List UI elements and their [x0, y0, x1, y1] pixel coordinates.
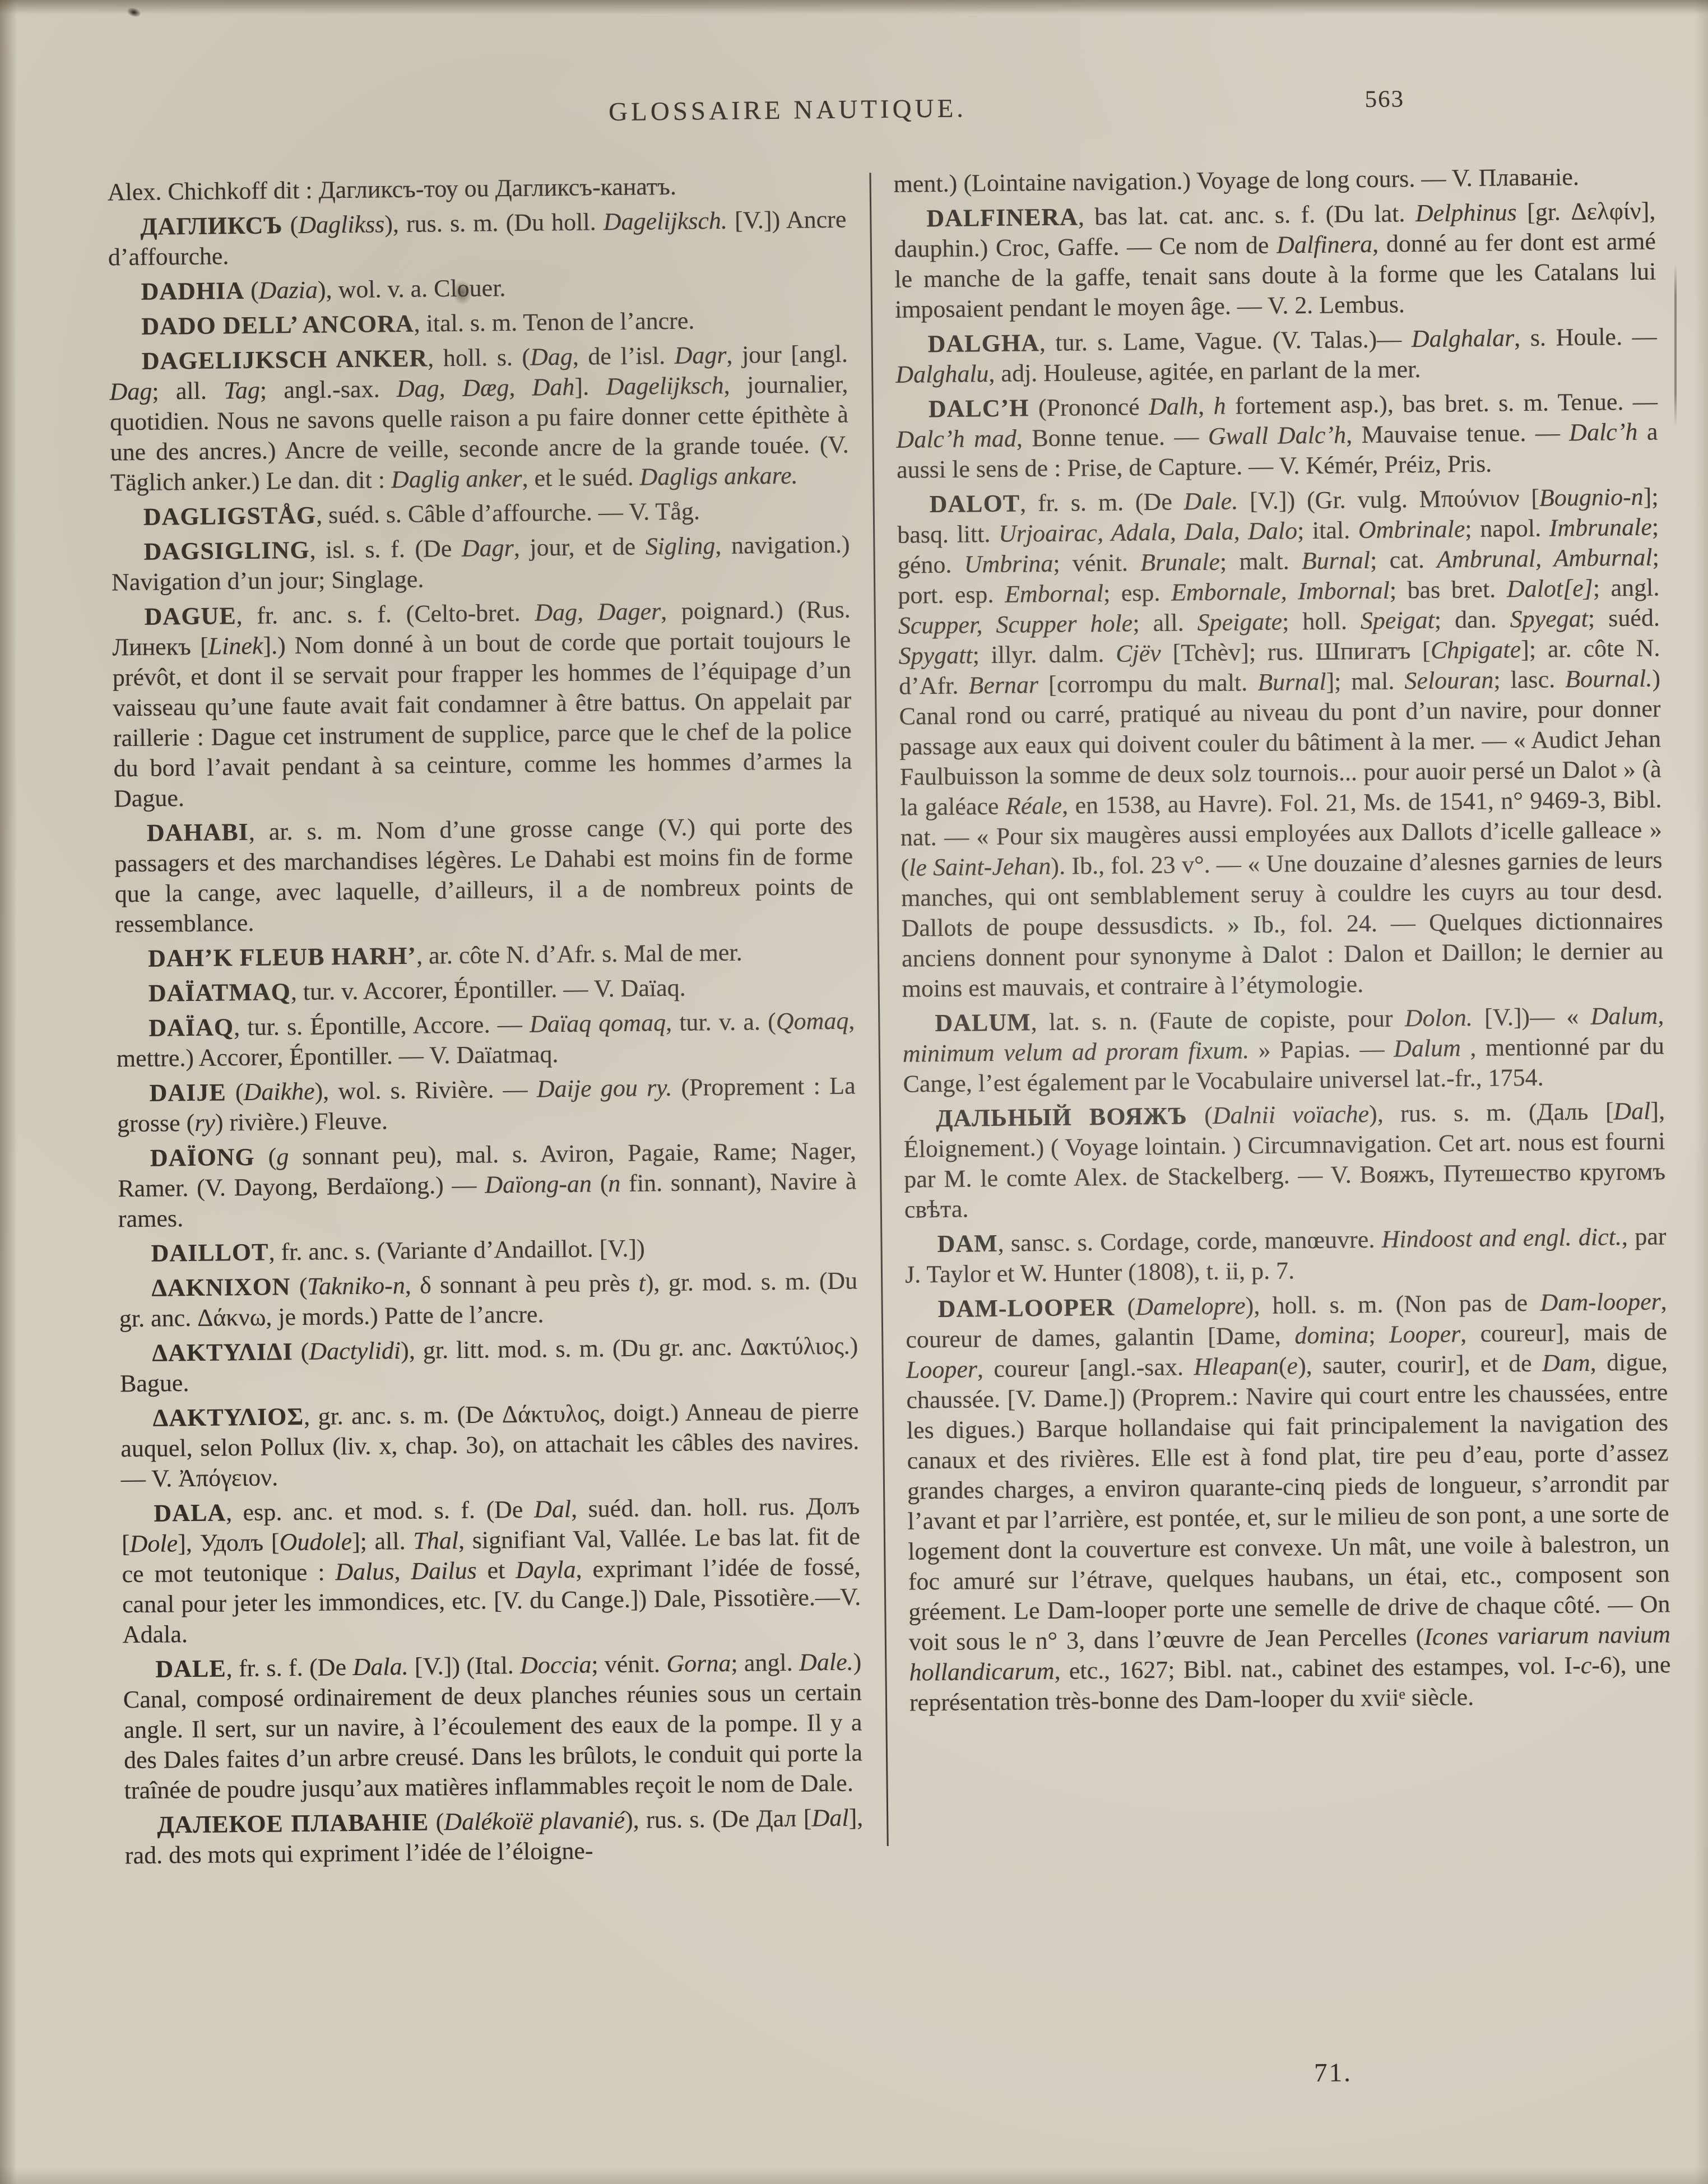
foreign-term: c [1580, 1652, 1591, 1679]
foreign-term: Ambrunal, Amburnal [1437, 544, 1653, 573]
entry-headword: DAM [937, 1230, 998, 1258]
foreign-term: Dalghalu [895, 360, 989, 388]
ink-dot-artifact [126, 6, 142, 18]
foreign-term: Dag [530, 343, 573, 371]
foreign-term: Spyegat [1510, 605, 1588, 633]
foreign-term: Dag [109, 378, 152, 406]
entry-headword: DAÏONG [150, 1143, 255, 1172]
foreign-term: Burnal [1302, 546, 1371, 574]
foreign-term: domina [1294, 1321, 1369, 1349]
running-title: GLOSSAIRE NAUTIQUE. [609, 93, 967, 127]
foreign-term: Sigling [645, 532, 715, 560]
foreign-term: Dam-looper [1540, 1288, 1661, 1316]
foreign-term: Hleapan [1194, 1352, 1279, 1381]
foreign-term: Oudole [279, 1528, 352, 1556]
scanned-book-page: GLOSSAIRE NAUTIQUE. 563 Alex. Chichkoff … [0, 0, 1708, 2184]
entry-headword: DALFINERA [926, 203, 1078, 232]
foreign-term: Dam [1542, 1349, 1590, 1377]
foreign-term: Burnal [1257, 668, 1326, 696]
entry-headword: DADO DELL’ ANCORA [141, 310, 414, 340]
entry-paragraph: DAM, sansc. s. Cordage, corde, manœuvre.… [904, 1221, 1667, 1290]
entry-headword: ΔΑΚΝΙΧΟΝ [151, 1273, 291, 1302]
foreign-term: Cjëv [1116, 639, 1161, 667]
page-content: GLOSSAIRE NAUTIQUE. 563 Alex. Chichkoff … [106, 86, 1673, 1871]
entry-paragraph: DAGLIGSTÅG, suéd. s. Câble d’affourche. … [111, 495, 850, 533]
foreign-term: Dal [1613, 1097, 1651, 1125]
foreign-term: Speigate [1197, 608, 1282, 637]
entry-paragraph: DAM-LOOPER (Damelopre), holl. s. m. (Non… [905, 1286, 1671, 1718]
foreign-term: Dagligs ankare. [639, 462, 797, 491]
page-crease-mark [1674, 263, 1677, 426]
foreign-term: Chpigate [1431, 636, 1521, 664]
entry-headword: DALUM [935, 1008, 1031, 1037]
foreign-term: e [1287, 1352, 1298, 1379]
entry-paragraph: DAÏAQ, tur. s. Épontille, Accore. — Daïa… [116, 1006, 855, 1074]
foreign-term: n [608, 1170, 621, 1197]
entry-paragraph: DAILLOT, fr. anc. s. (Variante d’Andaill… [118, 1231, 857, 1269]
foreign-term: Daije gou ry. [537, 1074, 672, 1103]
foreign-term: Dactylidi [309, 1337, 401, 1365]
entry-headword: DAILLOT [151, 1239, 268, 1267]
entry-headword: DALGHA [927, 329, 1039, 358]
column-left: Alex. Chichkoff dit : Дагликсъ-тоу ou Да… [107, 170, 864, 1871]
column-right: ment.) (Lointaine navigation.) Voyage de… [893, 161, 1673, 1863]
entry-paragraph: DALE, fr. s. f. (De Dala. [V.]) (Ital. D… [123, 1647, 863, 1806]
foreign-term: Dale. [1183, 487, 1238, 515]
entry-paragraph: ΔΑΚΤΥΛΙΟΣ, gr. anc. s. m. (De Δάκτυλος, … [120, 1396, 860, 1495]
foreign-term: Looper [906, 1355, 978, 1383]
entry-paragraph: ДАГЛИКСЪ (Daglikss), rus. s. m. (Du holl… [108, 205, 847, 273]
foreign-term: Dalnii voïache [1212, 1100, 1369, 1129]
entry-headword: DAGLIGSTÅG [143, 502, 317, 531]
signature-mark: 71. [1314, 2057, 1352, 2088]
foreign-term: Dal [811, 1804, 849, 1832]
foreign-term: Dalc’h mad [896, 424, 1017, 453]
foreign-term: Dagr [674, 341, 726, 369]
foreign-term: Dazia [258, 276, 318, 304]
entry-headword: ДАЛЕКОЕ ПЛАВАНІЕ [157, 1809, 429, 1839]
entry-headword: DAÏAQ [148, 1013, 234, 1042]
foreign-term: Tag [224, 377, 260, 405]
entry-headword: DALOT [929, 489, 1020, 518]
foreign-term: Dayla [516, 1556, 576, 1584]
entry-paragraph: DAIJE (Daikhe), wol. s. Rivière. — Daije… [117, 1071, 856, 1139]
entry-headword: DADHIA [141, 277, 244, 305]
page-header: GLOSSAIRE NAUTIQUE. 563 [106, 86, 1655, 151]
entry-paragraph: DADHIA (Dazia), wol. v. a. Clouer. [108, 270, 847, 308]
entry-paragraph: DAH’K FLEUB HARH’, ar. côte N. d’Afr. s.… [115, 936, 854, 975]
foreign-term: Gorna [666, 1649, 731, 1677]
foreign-term: Dailus [411, 1557, 477, 1585]
foreign-term: Dalus [335, 1557, 394, 1585]
foreign-term: Linek [208, 632, 263, 660]
entry-headword: DAGUE [144, 602, 236, 630]
foreign-term: Embornale, Imbornal [1171, 577, 1390, 606]
foreign-term: Qomaq [776, 1007, 848, 1035]
foreign-term: Icones variarum navium hollandicarum [909, 1620, 1670, 1686]
foreign-term: Spygatt [898, 641, 972, 669]
entry-paragraph: DALFINERA, bas lat. cat. anc. s. f. (Du … [894, 196, 1656, 325]
foreign-term: Thal [413, 1527, 458, 1555]
foreign-term: Dalc’h [1569, 418, 1638, 446]
foreign-term: Dalh [1149, 392, 1199, 420]
entry-paragraph: ΔΑΚΝΙΧΟΝ (Takniko-n, δ sonnant à peu prè… [119, 1266, 858, 1334]
foreign-term: Imbrunale [1549, 513, 1652, 542]
entry-paragraph: DAÏONG (g sonnant peu), mal. s. Aviron, … [118, 1136, 857, 1235]
entry-paragraph: DALUM, lat. s. n. (Faute de copiste, pou… [902, 1000, 1665, 1099]
foreign-term: Doccia [520, 1651, 592, 1679]
foreign-term: Dagr [462, 534, 514, 562]
entry-headword: DALA [154, 1499, 226, 1527]
foreign-term: Brunale [1140, 548, 1220, 576]
foreign-term: Dole [129, 1529, 178, 1557]
foreign-term: Daikhe [243, 1078, 315, 1106]
foreign-term: Ombrinale [1358, 515, 1465, 544]
entry-headword: DAH’K FLEUB HARH’ [148, 942, 416, 972]
foreign-term: Dolon. [1404, 1004, 1473, 1032]
entry-headword: DALC’H [929, 394, 1029, 423]
entry-headword: DAM-LOOPER [937, 1293, 1115, 1323]
foreign-term: Daïaq qomaq [530, 1009, 666, 1038]
foreign-term: Dalot[e] [1507, 574, 1594, 603]
entry-headword: DAHABI [146, 818, 249, 847]
entry-paragraph: DALOT, fr. s. m. (De Dale. [V.]) (Gr. vu… [897, 481, 1664, 1004]
foreign-term: Daglikss [298, 210, 385, 239]
entry-headword: DALE [155, 1654, 226, 1682]
entry-headword: ΔΑΚΤΥΛΙΟΣ [152, 1403, 304, 1432]
entry-paragraph: ДАЛЕКОЕ ПЛАВАНІЕ (Dalékoïë plavanié), ru… [124, 1802, 864, 1871]
foreign-term: Speigat [1361, 606, 1435, 634]
foreign-term: Bournal. [1565, 665, 1653, 693]
entry-paragraph: ДАЛЬНЫЙ ВОЯЖЪ (Dalnii voïache), rus. s. … [903, 1096, 1666, 1225]
foreign-term: Gwall Dalc’h [1208, 421, 1347, 450]
foreign-term: Dale. [799, 1648, 853, 1676]
foreign-term: Dagelijksch. [604, 207, 728, 235]
column-rule [869, 173, 888, 1846]
foreign-term: Bernar [968, 671, 1038, 699]
foreign-term: Daïong-an [485, 1170, 592, 1199]
foreign-term: Takniko-n [307, 1272, 405, 1300]
page-number: 563 [1364, 85, 1404, 113]
entry-paragraph: DAGUE, fr. anc. s. f. (Celto-bret. Dag, … [112, 595, 852, 814]
foreign-term: Scupper, Scupper hole [898, 609, 1133, 639]
foreign-term: Dalfinera [1277, 230, 1373, 259]
entry-headword: DAÏATMAQ [148, 978, 291, 1007]
entry-headword: DAGELIJKSCH ANKER [142, 344, 428, 374]
foreign-term: Dalum [1394, 1034, 1461, 1062]
foreign-term: Bougnio-n [1539, 483, 1644, 512]
entry-paragraph: DALGHA, tur. s. Lame, Vague. (V. Talas.)… [895, 322, 1657, 390]
foreign-term: Dag, Dæg, Dah [397, 373, 575, 402]
foreign-term: Looper [1389, 1320, 1461, 1348]
entry-paragraph: DALC’H (Prononcé Dalh, h fortement asp.)… [896, 387, 1659, 485]
foreign-term: h [1213, 392, 1226, 420]
entry-paragraph: DAÏATMAQ, tur. v. Accorer, Épontiller. —… [115, 971, 854, 1009]
foreign-term: Hindoost and engl. dict. [1381, 1223, 1622, 1253]
entry-headword: DAIJE [149, 1078, 226, 1106]
entry-paragraph: DADO DELL’ ANCORA, ital. s. m. Tenon de … [109, 304, 847, 342]
entry-paragraph: DAHABI, ar. s. m. Nom d’une grosse cange… [114, 811, 853, 940]
foreign-term: Selouran [1404, 666, 1493, 695]
entry-paragraph: DALA, esp. anc. et mod. s. f. (De Dal, s… [121, 1491, 861, 1650]
foreign-term: t [638, 1269, 646, 1297]
foreign-term: Daglig anker [391, 465, 522, 493]
foreign-term: Dalékoïë plavanié [444, 1806, 625, 1835]
entry-headword: DAGSIGLING [143, 536, 310, 565]
foreign-term: Embornal [1005, 579, 1104, 608]
foreign-term: Dagelijksch [606, 372, 724, 400]
foreign-term: Réale [1006, 792, 1062, 820]
entry-paragraph: Alex. Chichkoff dit : Дагликсъ-тоу ou Да… [107, 170, 846, 208]
foreign-term: Urjoairac, Adala, Dala, Dalo [999, 517, 1298, 548]
entry-paragraph: DAGELIJKSCH ANKER, holl. s. (Dag, de l’i… [109, 339, 850, 498]
foreign-term: Umbrina [964, 550, 1053, 578]
entry-headword: ДАЛЬНЫЙ ВОЯЖЪ [936, 1102, 1187, 1132]
foreign-term: Dal [534, 1495, 572, 1523]
entry-headword: ДАГЛИКСЪ [140, 211, 283, 240]
entry-paragraph: ment.) (Lointaine navigation.) Voyage de… [893, 161, 1655, 200]
foreign-term: ry [194, 1109, 215, 1137]
text-columns: Alex. Chichkoff dit : Дагликсъ-тоу ou Да… [107, 161, 1672, 1871]
entry-paragraph: DAGSIGLING, isl. s. f. (De Dagr, jour, e… [111, 530, 850, 598]
foreign-term: g [276, 1143, 289, 1170]
foreign-term: Damelopre [1135, 1292, 1246, 1320]
foreign-term: Dag, Dager [535, 597, 661, 626]
foreign-term: Dala. [352, 1653, 409, 1681]
foreign-term: le Saint-Jehan [909, 852, 1051, 882]
entry-paragraph: ΔΑΚΤΥΛΙΔΙ (Dactylidi), gr. litt. mod. s.… [119, 1331, 858, 1399]
foreign-term: Dalghalar [1412, 324, 1515, 353]
entry-headword: ΔΑΚΤΥΛΙΔΙ [152, 1338, 293, 1367]
foreign-term: Delphinus [1415, 198, 1517, 227]
